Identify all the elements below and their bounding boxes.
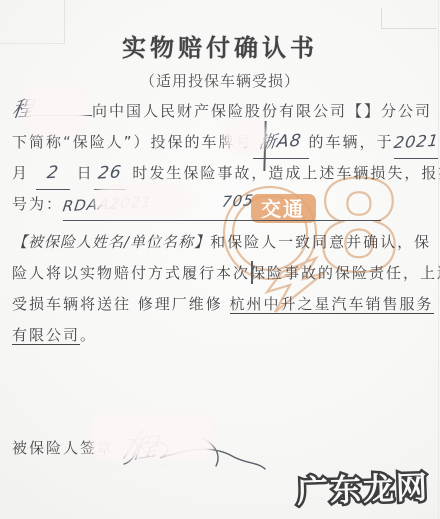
printed-text: 月 — [12, 164, 29, 182]
document-title: 实物赔付确认书 — [0, 28, 440, 63]
document-subtitle: （适用投保车辆受损） — [0, 70, 440, 91]
site-watermark-label: 广东龙网 — [296, 470, 429, 511]
redaction-blur-report-number — [99, 191, 185, 210]
handwritten-year: 2021 — [392, 133, 439, 151]
page-corner-line — [381, 8, 382, 29]
stray-pen-stroke — [251, 261, 253, 284]
printed-bracket-label: 【被保险人姓名/单位名称】 — [12, 233, 210, 251]
body-line-8: 有限公司。 — [12, 320, 436, 351]
site-watermark: 广东龙网 — [288, 464, 438, 516]
year-blank: 2021 — [394, 127, 439, 159]
printed-text: 时发生保险事故，造成上述车辆损失，报案 — [132, 164, 440, 182]
body-line-6: 险人将以实物赔付方式履行本次保险事故的保险责任，上述 — [12, 258, 436, 289]
printed-text: 和保险人一致同意并确认，保 — [210, 233, 431, 251]
day-blank: 2 — [36, 158, 70, 190]
printed-text: 的车辆，于 — [309, 133, 394, 151]
document-body: 程向中国人民财产保险股份有限公司【】分公司（以 下简称“保险人”）投保的车牌号浙… — [12, 96, 436, 351]
redaction-blur-signature — [96, 419, 208, 455]
printed-text: 险人将以实物赔付方式履行本次保险事故的保险责任，上述 — [12, 264, 440, 282]
redaction-blur-plate — [229, 127, 262, 147]
printed-text: 下简称“保险人”）投保的车牌号 — [12, 133, 253, 151]
printed-text: 号为： — [12, 195, 63, 213]
body-line-4: 号为：RDAA2021705 — [12, 189, 436, 220]
redaction-blur-name — [30, 91, 80, 129]
body-line-3: 月 2 日26 时发生保险事故，造成上述车辆损失，报案 — [12, 158, 436, 189]
body-line-2: 下简称“保险人”）投保的车牌号浙A8的车辆，于2021 年 — [12, 127, 436, 158]
handwritten-report-number-suffix: 705 — [221, 193, 255, 210]
body-line-7: 受损车辆将送往 修理厂维修 杭州中升之星汽车销售服务 — [12, 289, 436, 320]
handwritten-day: 2 — [46, 165, 60, 183]
printed-text: 日 — [77, 164, 94, 182]
hour-blank: 26 — [94, 158, 126, 190]
body-line-5: 【被保险人姓名/单位名称】和保险人一致同意并确认，保 — [12, 227, 436, 258]
printed-text: 受损车辆将送往 修理厂维修 — [12, 295, 230, 313]
printed-text: 。 — [80, 326, 97, 344]
repair-shop-name: 杭州中升之星汽车销售服务 — [230, 295, 434, 314]
repair-shop-name-continued: 有限公司 — [12, 326, 80, 345]
printed-text: 向中国人民财产保险股份有限公司【】分公司（以 — [92, 102, 440, 120]
handwritten-hour: 26 — [97, 164, 123, 182]
